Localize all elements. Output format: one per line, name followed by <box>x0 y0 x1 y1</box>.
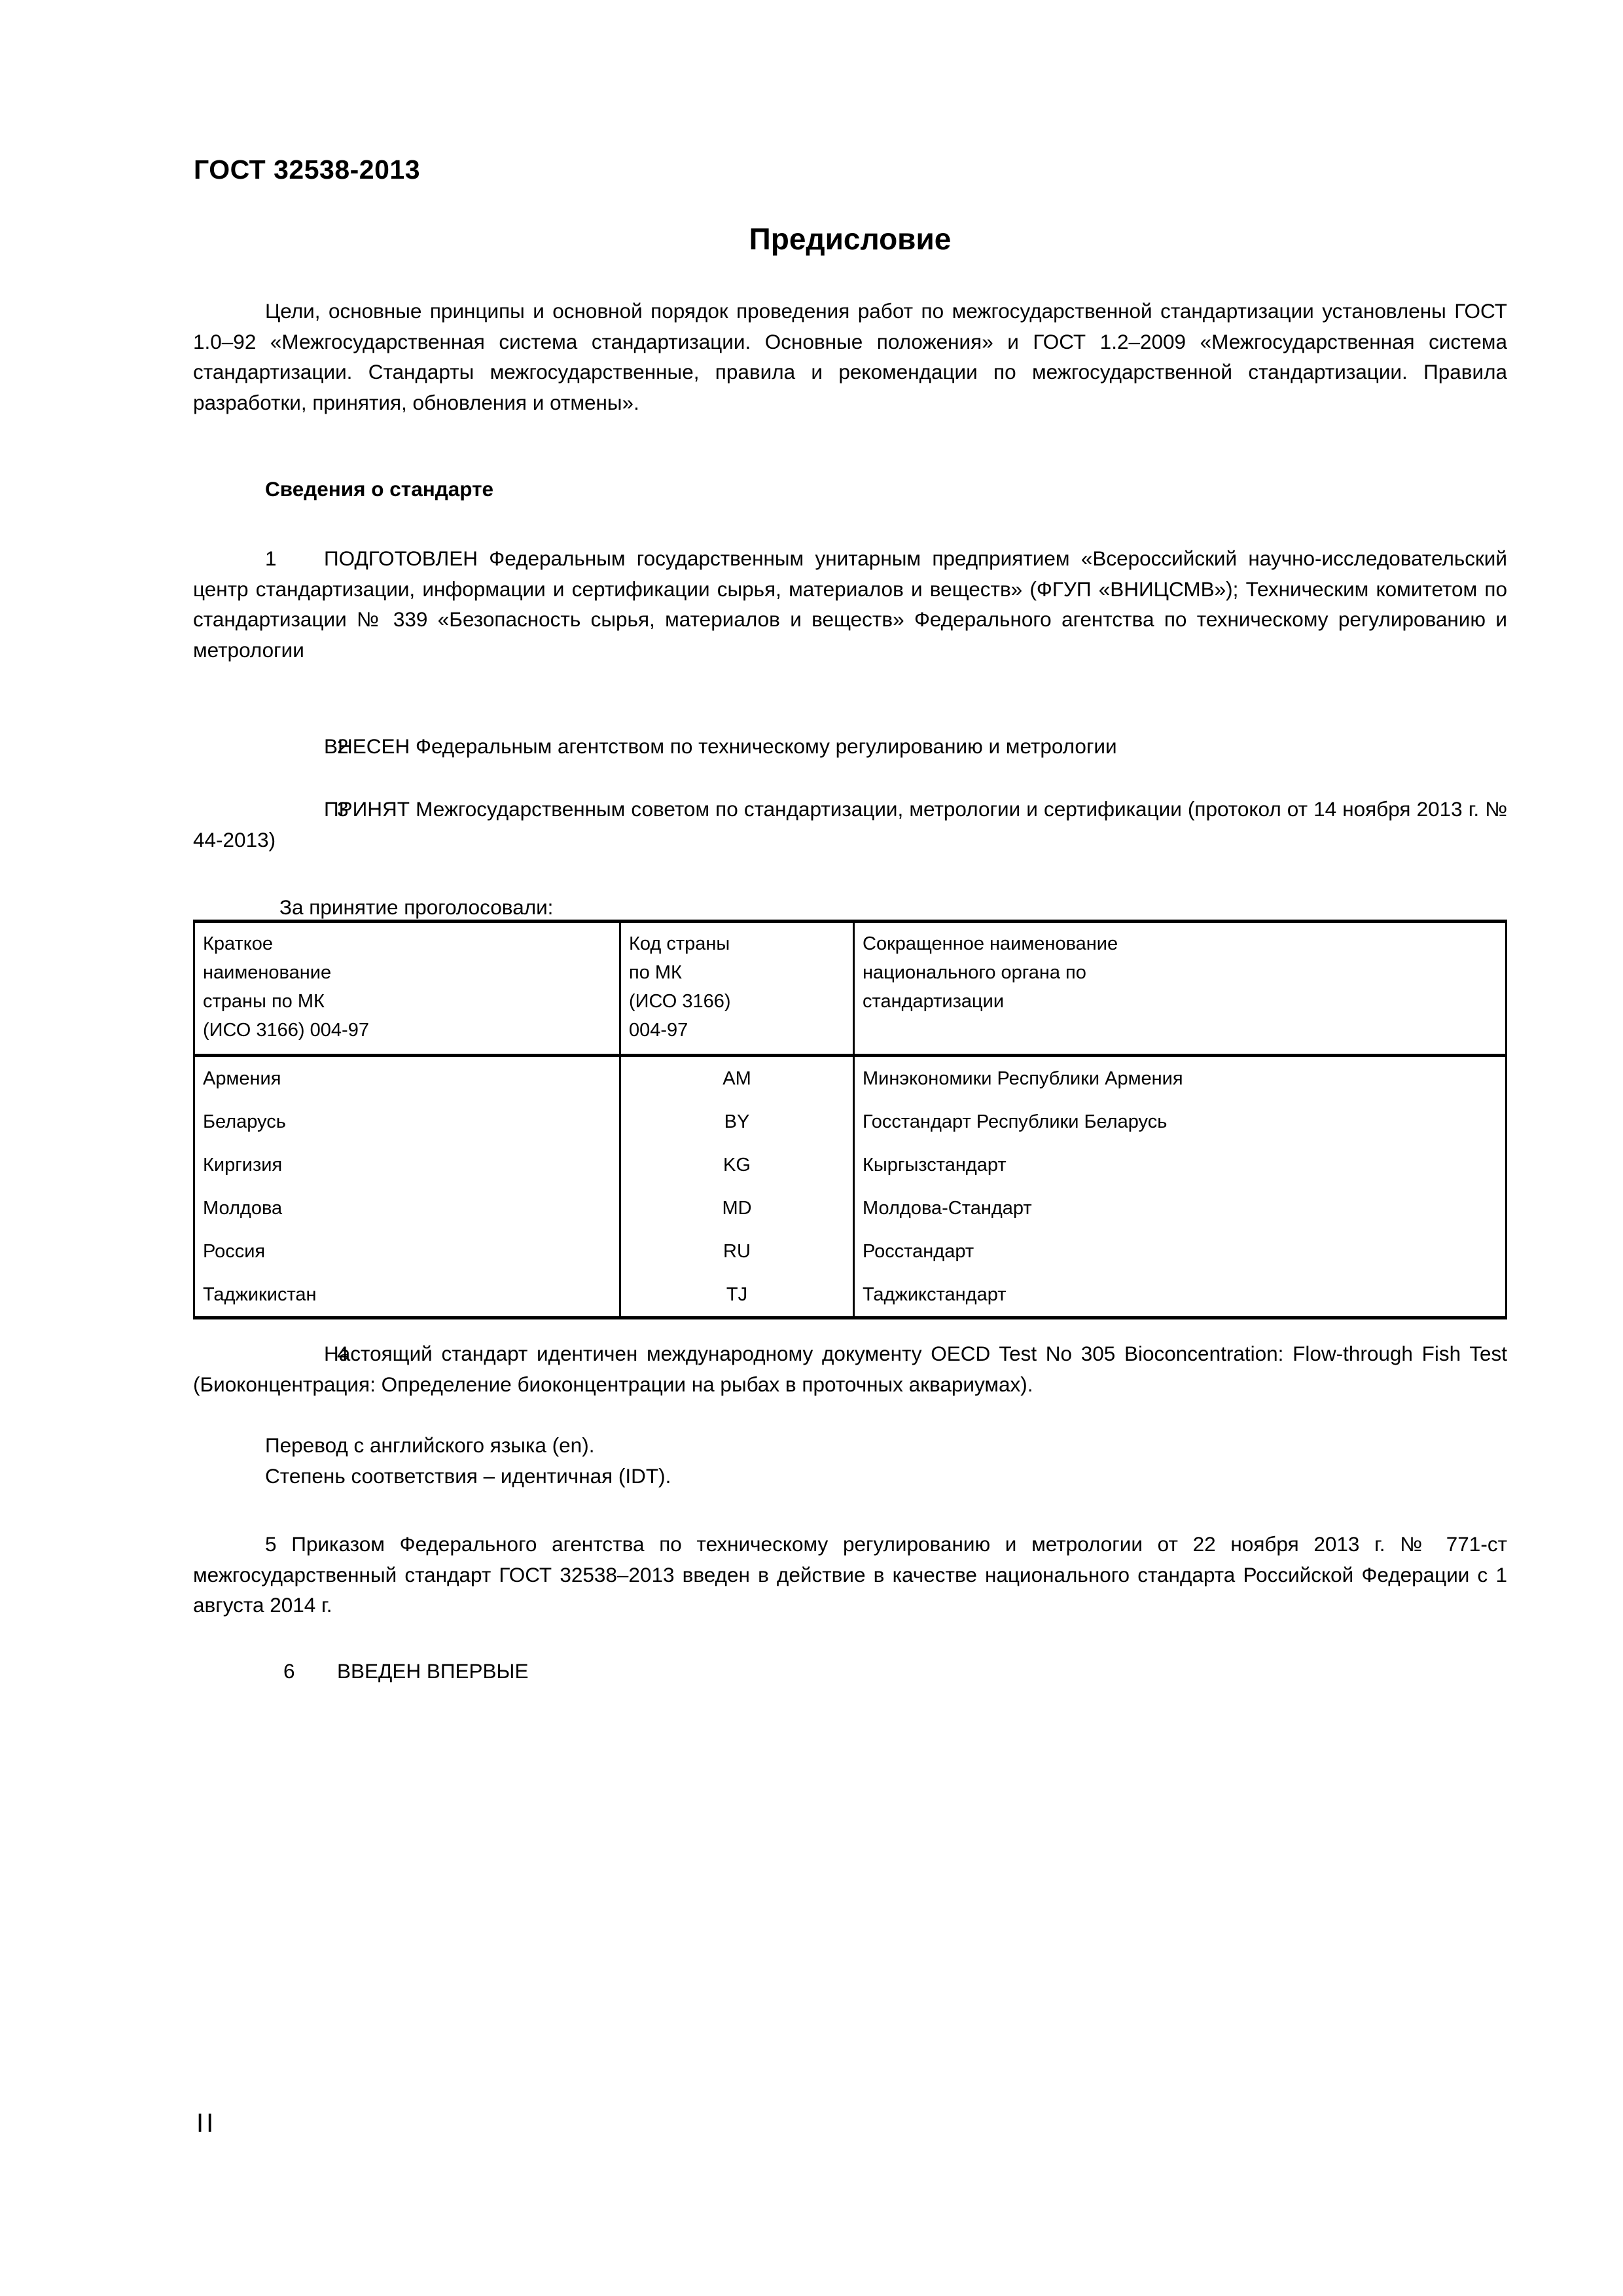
item-1: 1ПОДГОТОВЛЕН Федеральным государственным… <box>193 543 1507 665</box>
item-4: 4Настоящий стандарт идентичен международ… <box>193 1338 1507 1399</box>
votes-table: Краткоенаименованиестраны по МК(ИСО 3166… <box>193 920 1507 1319</box>
country-cell: Таджикистан <box>194 1273 620 1318</box>
document-code: ГОСТ 32538-2013 <box>194 154 420 185</box>
standards-body-cell: Молдова-Стандарт <box>854 1187 1507 1230</box>
table-row: БеларусьBYГосстандарт Республики Беларус… <box>194 1100 1507 1143</box>
section-heading: Сведения о стандарте <box>193 474 1579 504</box>
country-cell: Молдова <box>194 1187 620 1230</box>
translation-note: Перевод с английского языка (en). <box>193 1430 1579 1461</box>
item-6: 6ВВЕДЕН ВПЕРВЫЕ <box>193 1656 1597 1687</box>
item-number: 6 <box>283 1656 337 1687</box>
column-header-body: Сокращенное наименованиенационального ор… <box>854 922 1507 1056</box>
item-number: 4 <box>265 1338 324 1369</box>
page-number: II <box>196 2109 216 2138</box>
country-code-cell: AM <box>620 1056 854 1101</box>
country-code-cell: RU <box>620 1230 854 1273</box>
country-code-cell: BY <box>620 1100 854 1143</box>
item-text: ВВЕДЕН ВПЕРВЫЕ <box>337 1659 528 1683</box>
item-text: ВНЕСЕН Федеральным агентством по техниче… <box>324 734 1117 758</box>
country-code-cell: KG <box>620 1143 854 1187</box>
item-number: 3 <box>265 794 324 825</box>
item-3: 3ПРИНЯТ Межгосударственным советом по ст… <box>193 794 1507 855</box>
standards-body-cell: Минэкономики Республики Армения <box>854 1056 1507 1101</box>
table-row: АрменияAMМинэкономики Республики Армения <box>194 1056 1507 1101</box>
standards-body-cell: Росстандарт <box>854 1230 1507 1273</box>
conformity-note: Степень соответствия – идентичная (IDT). <box>193 1461 1579 1492</box>
table-row: РоссияRUРосстандарт <box>194 1230 1507 1273</box>
table-header-row: Краткоенаименованиестраны по МК(ИСО 3166… <box>194 922 1507 1056</box>
item-5: 5 Приказом Федерального агентства по тех… <box>193 1529 1507 1621</box>
votes-label: За принятие проголосовали: <box>193 894 1594 920</box>
table-row: МолдоваMDМолдова-Стандарт <box>194 1187 1507 1230</box>
country-cell: Киргизия <box>194 1143 620 1187</box>
intro-paragraph: Цели, основные принципы и основной поряд… <box>193 296 1507 418</box>
page-title: Предисловие <box>193 221 1507 257</box>
item-number: 1 <box>265 543 324 574</box>
item-text: ПРИНЯТ Межгосударственным советом по ста… <box>193 797 1507 852</box>
item-number: 5 <box>265 1532 277 1556</box>
column-header-code: Код страныпо МК(ИСО 3166)004-97 <box>620 922 854 1056</box>
standards-body-cell: Таджикстандарт <box>854 1273 1507 1318</box>
standards-body-cell: Кыргызстандарт <box>854 1143 1507 1187</box>
item-2: 2ВНЕСЕН Федеральным агентством по технич… <box>193 731 1507 762</box>
column-header-country: Краткоенаименованиестраны по МК(ИСО 3166… <box>194 922 620 1056</box>
table-row: ТаджикистанTJТаджикстандарт <box>194 1273 1507 1318</box>
item-number: 2 <box>265 731 324 762</box>
item-text: ПОДГОТОВЛЕН Федеральным государственным … <box>193 547 1507 662</box>
country-cell: Беларусь <box>194 1100 620 1143</box>
country-cell: Россия <box>194 1230 620 1273</box>
country-code-cell: MD <box>620 1187 854 1230</box>
item-text: Настоящий стандарт идентичен международн… <box>193 1342 1507 1396</box>
country-code-cell: TJ <box>620 1273 854 1318</box>
table-row: КиргизияKGКыргызстандарт <box>194 1143 1507 1187</box>
country-cell: Армения <box>194 1056 620 1101</box>
item-text: Приказом Федерального агентства по техни… <box>193 1532 1507 1617</box>
standards-body-cell: Госстандарт Республики Беларусь <box>854 1100 1507 1143</box>
